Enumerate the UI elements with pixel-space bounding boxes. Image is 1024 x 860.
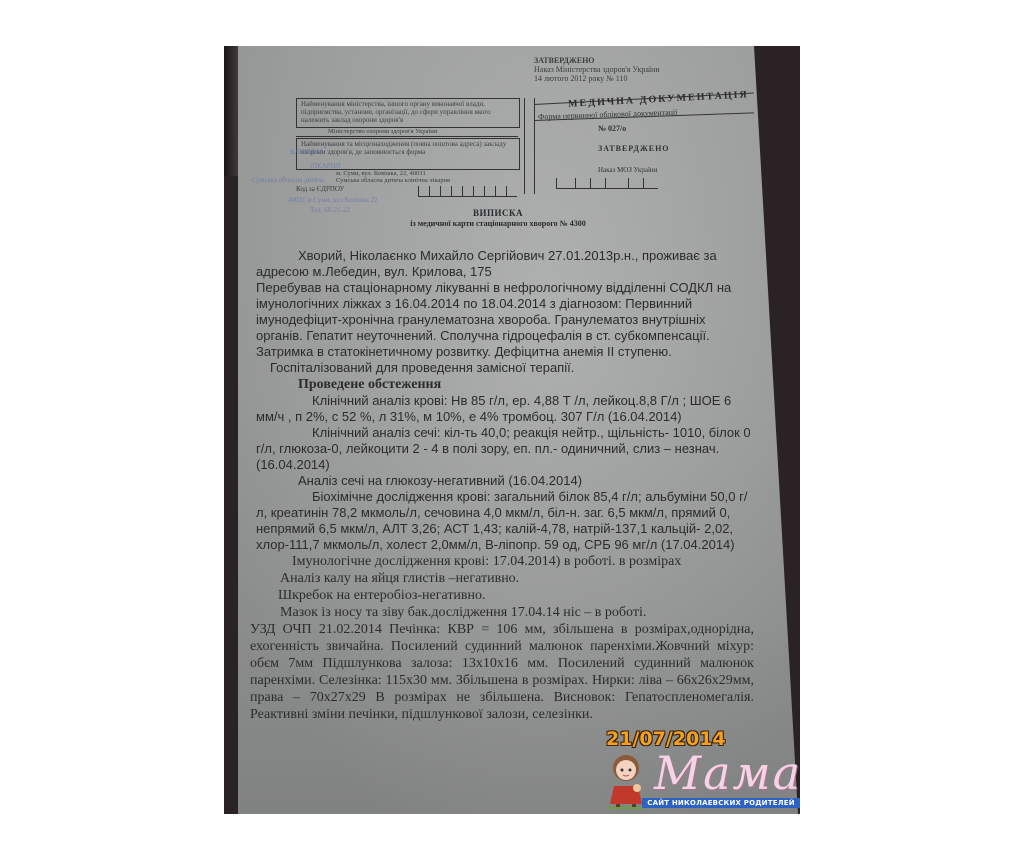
document-body: Хворий, Ніколаєнко Михайло Сергійович 27… <box>256 248 754 723</box>
ministry-box: Найменування міністерства, іншого органу… <box>296 98 520 128</box>
stamp-text: ЛІКАРНЯ <box>310 162 340 170</box>
exam-stool: Аналіз калу на яйця глистів –негативно. <box>256 570 754 587</box>
stay-diagnosis: Перебував на стаціонарному лікуванні в н… <box>256 280 754 360</box>
site-watermark-logo: Мама САЙТ НИКОЛАЕВСКИХ РОДИТЕЛЕЙ <box>584 748 800 814</box>
approval-date: 14 лютого 2012 року № 110 <box>534 74 660 83</box>
exam-biochemistry: Біохімічне дослідження крові: загальний … <box>256 489 754 553</box>
ultrasound-report: УЗД ОЧП 21.02.2014 Печінка: КВР = 106 мм… <box>250 621 754 723</box>
section-title: Проведене обстеження <box>256 376 754 393</box>
logo-text: Мама <box>654 746 800 800</box>
patient-info: Хворий, Ніколаєнко Михайло Сергійович 27… <box>256 248 754 280</box>
ministry-name: Міністерство охорони здоров'я України <box>328 128 437 135</box>
stamp-text: 40031 м.Суми, вул.Ковпака 22 <box>288 196 378 204</box>
document-subtitle: із медичної карти стаціонарного хворого … <box>238 219 758 228</box>
order-date-cells <box>556 178 658 189</box>
stamp-text: Сумська обласна дитяча <box>252 176 324 184</box>
order-number-label: № <box>786 179 793 187</box>
divider <box>296 136 518 137</box>
hospitalization-reason: Госпіталізований для проведення замісної… <box>256 360 754 376</box>
exam-immunology: Імунологічне дослідження крові: 17.04.20… <box>256 553 754 570</box>
paper-sheet: ЗАТВЕРДЖЕНО Наказ Міністерства здоров'я … <box>238 46 798 814</box>
approval-block: ЗАТВЕРДЖЕНО Наказ Міністерства здоров'я … <box>534 56 660 83</box>
approval-title: ЗАТВЕРДЖЕНО <box>534 56 660 65</box>
approved-title-2: ЗАТВЕРДЖЕНО <box>598 144 670 153</box>
logo-subtitle: САЙТ НИКОЛАЕВСКИХ РОДИТЕЛЕЙ <box>642 798 800 808</box>
exam-blood: Клінічний аналіз крові: Нв 85 г/л, ер. 4… <box>256 393 754 425</box>
girl-mascot-icon <box>606 752 646 810</box>
exam-enterobiosis: Шкребок на ентеробіоз-негативно. <box>256 587 754 604</box>
okpo-label: Код за ЄДРПОУ <box>296 185 345 193</box>
approval-order: Наказ Міністерства здоров'я України <box>534 65 660 74</box>
document-title: ВИПИСКА <box>238 208 758 218</box>
moz-order: Наказ МОЗ України <box>598 166 657 174</box>
separator <box>534 98 535 194</box>
code-cells <box>418 186 517 197</box>
exam-swab: Мазок із носу та зіву бак.дослідження 17… <box>256 604 754 621</box>
stamp-text: КЛІНІЧНА <box>290 148 324 156</box>
institution-address: м. Суми, вул. Ковпака, 22, 40031 Сумська… <box>336 170 450 184</box>
exam-urine: Клінічний аналіз сечі: кіл-ть 40,0; реак… <box>256 425 754 473</box>
document-photo: ЗАТВЕРДЖЕНО Наказ Міністерства здоров'я … <box>224 46 800 814</box>
exam-urine-glucose: Аналіз сечі на глюкозу-негативний (16.04… <box>256 473 754 489</box>
separator <box>524 98 525 194</box>
form-number: № 027/о <box>598 124 626 133</box>
